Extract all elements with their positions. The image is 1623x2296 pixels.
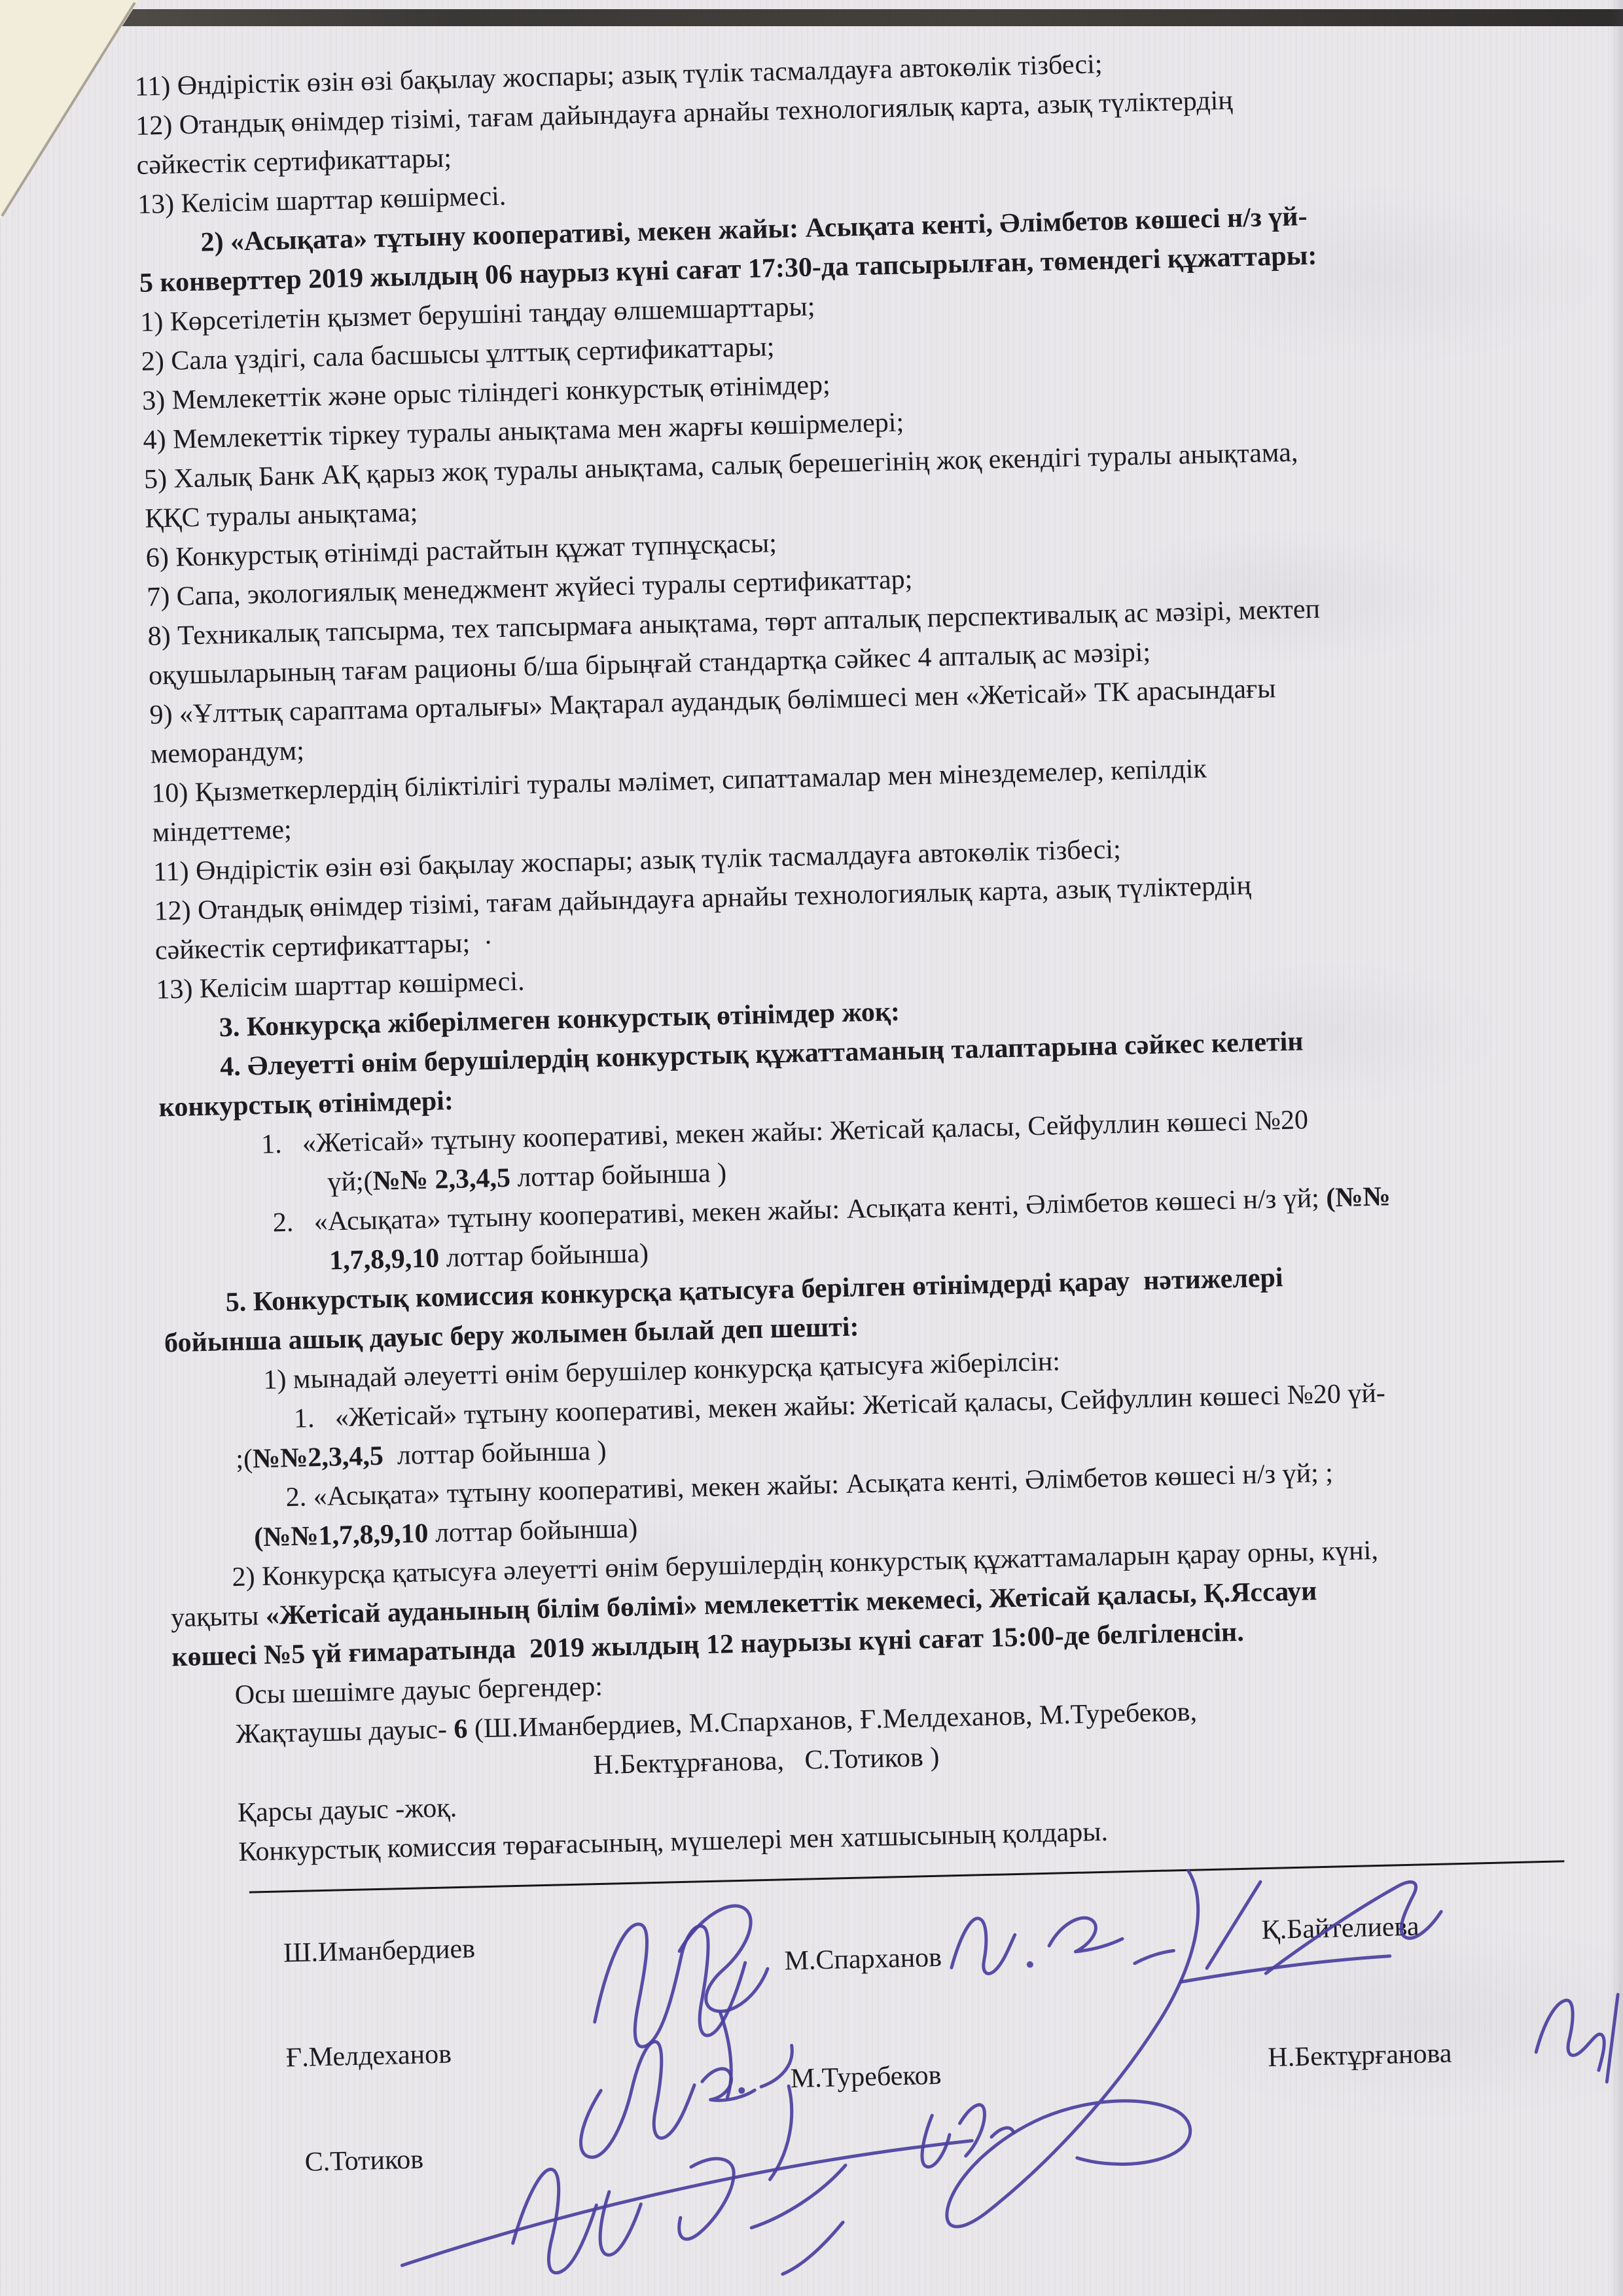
doc-line-segment: Жақтаушы дауыс- [236, 1714, 454, 1749]
doc-line-segment: сәйкестік сертификаттары; [136, 143, 452, 181]
doc-line-segment: Н.Бектұрғанова, С.Тотиков ) [593, 1742, 940, 1780]
doc-line-segment-bold: (№№1,7,8,9,10 [254, 1518, 429, 1552]
signature-totikov [382, 2104, 1008, 2289]
doc-line-segment: Осы шешімге дауыс бергендер: [234, 1672, 603, 1710]
doc-line-segment: сәйкестік сертификаттары; · [154, 927, 493, 965]
doc-line-segment: 13) Келісім шарттар көшірмесі. [137, 181, 507, 220]
doc-line-segment: лоттар бойынша) [428, 1514, 638, 1549]
doc-line-segment-bold: №№ 2,3,4,5 [372, 1163, 510, 1196]
doc-line-segment: лоттар бойынша ) [510, 1158, 726, 1193]
doc-line-segment-bold: 6 [454, 1714, 468, 1744]
signatory-name-meldekhanov: Ғ.Мелдеханов [285, 2038, 452, 2073]
doc-line-segment: лоттар бойынша ) [383, 1436, 607, 1471]
scan-edge-strip [0, 9, 1623, 26]
doc-line-segment-bold: конкурстық өтінімдері: [158, 1086, 454, 1123]
document-text-block: 11) Өндірістік өзін өзі бақылау жоспары;… [134, 34, 1590, 1873]
doc-line-segment: ҚҚС туралы анықтама; [145, 497, 418, 534]
scan-edge-shadow [1610, 0, 1623, 2296]
doc-line-segment: міндеттеме; [152, 815, 292, 848]
doc-line-segment-bold: 1,7,8,9,10 [329, 1244, 440, 1276]
doc-line-segment: 13) Келісім шарттар көшірмесі. [156, 966, 525, 1005]
signatory-name-imanberdiev: Ш.Иманбердиев [283, 1933, 476, 1969]
doc-line-segment: меморандум; [150, 736, 304, 770]
signature-bekturganova [1505, 1971, 1623, 2099]
doc-line-segment: ;( [236, 1444, 253, 1475]
signatory-name-bekturganova: Н.Бектұрғанова [1268, 2037, 1452, 2073]
doc-line-segment: уақыты [170, 1601, 266, 1633]
scanned-document-page: 11) Өндірістік өзін өзі бақылау жоспары;… [0, 0, 1623, 2296]
document-content: 11) Өндірістік өзін өзі бақылау жоспары;… [134, 29, 1590, 1895]
doc-line-segment: үй;( [327, 1166, 373, 1198]
doc-line-segment-bold: (№№ [1326, 1181, 1391, 1213]
doc-line-segment: Қарсы дауыс -жоқ. [238, 1793, 457, 1828]
doc-line-segment-bold: №№2,3,4,5 [252, 1441, 383, 1475]
doc-line-segment: лоттар бойынша) [439, 1238, 649, 1274]
